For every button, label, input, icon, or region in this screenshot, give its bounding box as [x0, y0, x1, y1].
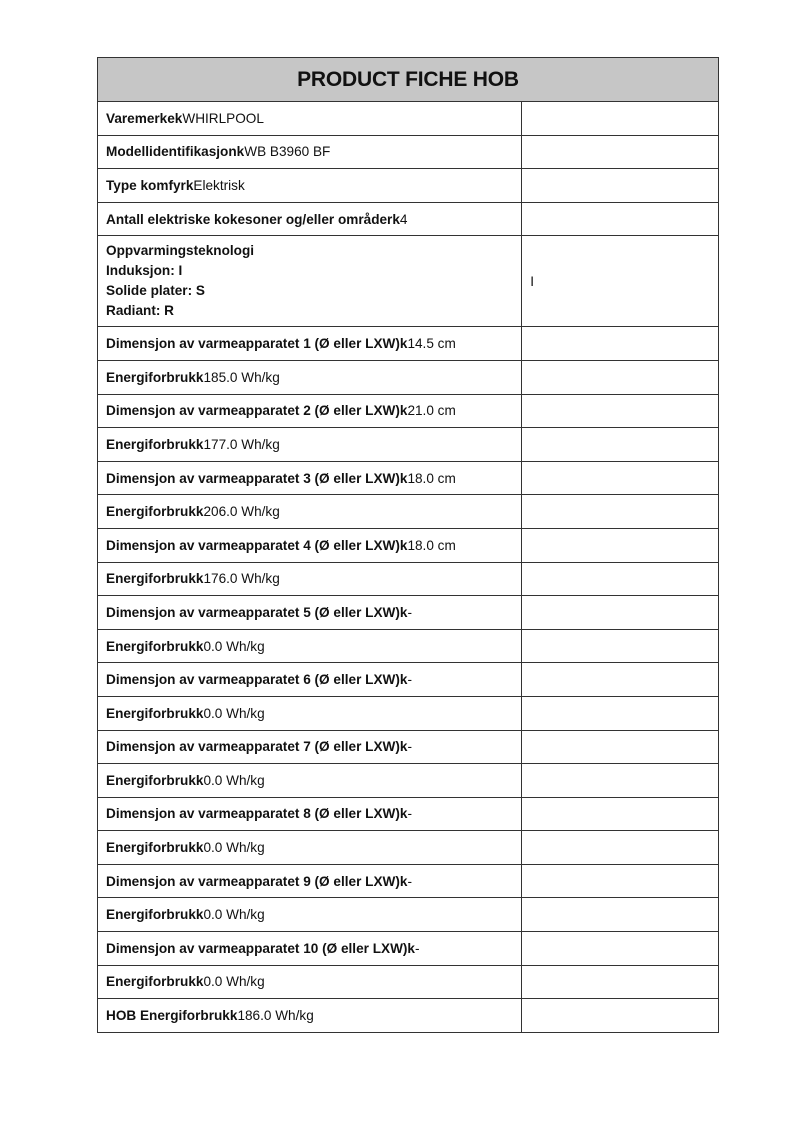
- row-heater-5-dimension: Dimensjon av varmeapparatet 5 (Ø eller L…: [98, 596, 719, 630]
- row-heater-7-energy-right-cell: [522, 764, 719, 798]
- row-heater-1-dimension-right-cell: [522, 327, 719, 361]
- row-heater-9-energy: Energiforbrukk0.0 Wh/kg: [98, 898, 719, 932]
- row-heater-5-dimension-right-cell: [522, 596, 719, 630]
- row-heater-6-energy-label: Energiforbrukk: [106, 706, 203, 721]
- heating-induction: Induksjon: I: [106, 261, 513, 281]
- row-heater-6-energy-cell: Energiforbrukk0.0 Wh/kg: [98, 696, 522, 730]
- row-heater-1-energy-right-cell: [522, 360, 719, 394]
- row-heater-6-dimension-cell: Dimensjon av varmeapparatet 6 (Ø eller L…: [98, 663, 522, 697]
- row-heater-8-dimension: Dimensjon av varmeapparatet 8 (Ø eller L…: [98, 797, 719, 831]
- row-heater-4-dimension: Dimensjon av varmeapparatet 4 (Ø eller L…: [98, 528, 719, 562]
- row-heater-9-dimension-right-cell: [522, 864, 719, 898]
- heating-cell: Oppvarmingsteknologi Induksjon: I Solide…: [98, 236, 522, 327]
- row-zones: Antall elektriske kokesoner og/eller omr…: [98, 202, 719, 236]
- row-heater-7-dimension: Dimensjon av varmeapparatet 7 (Ø eller L…: [98, 730, 719, 764]
- zones-right-cell: [522, 202, 719, 236]
- row-heater-9-energy-cell: Energiforbrukk0.0 Wh/kg: [98, 898, 522, 932]
- row-heater-5-energy: Energiforbrukk0.0 Wh/kg: [98, 629, 719, 663]
- brand-value: WHIRLPOOL: [182, 111, 264, 126]
- row-heater-8-dimension-value: -: [407, 806, 412, 821]
- heating-value-cell: I: [522, 236, 719, 327]
- row-heater-1-dimension-label: Dimensjon av varmeapparatet 1 (Ø eller L…: [106, 336, 407, 351]
- row-heater-4-energy: Energiforbrukk176.0 Wh/kg: [98, 562, 719, 596]
- row-heater-4-dimension-label: Dimensjon av varmeapparatet 4 (Ø eller L…: [106, 538, 407, 553]
- row-heater-3-dimension-value: 18.0 cm: [407, 471, 455, 486]
- heating-title: Oppvarmingsteknologi: [106, 241, 513, 261]
- row-heater-3-energy-label: Energiforbrukk: [106, 504, 203, 519]
- row-heater-9-dimension-label: Dimensjon av varmeapparatet 9 (Ø eller L…: [106, 874, 407, 889]
- product-fiche-table: PRODUCT FICHE HOB VaremerkekWHIRLPOOL Mo…: [97, 57, 719, 1033]
- row-heater-3-dimension: Dimensjon av varmeapparatet 3 (Ø eller L…: [98, 461, 719, 495]
- row-heater-10-dimension-value: -: [415, 941, 420, 956]
- row-heater-2-dimension-label: Dimensjon av varmeapparatet 2 (Ø eller L…: [106, 403, 407, 418]
- model-right-cell: [522, 135, 719, 169]
- row-heater-7-energy-value: 0.0 Wh/kg: [203, 773, 264, 788]
- row-heater-9-energy-value: 0.0 Wh/kg: [203, 907, 264, 922]
- heating-solid-plates: Solide plater: S: [106, 281, 513, 301]
- row-heater-8-energy-value: 0.0 Wh/kg: [203, 840, 264, 855]
- row-heater-10-dimension-right-cell: [522, 932, 719, 966]
- zones-cell: Antall elektriske kokesoner og/eller omr…: [98, 202, 522, 236]
- row-hob-energy-total-right-cell: [522, 999, 719, 1033]
- row-heater-8-dimension-right-cell: [522, 797, 719, 831]
- row-heater-8-dimension-cell: Dimensjon av varmeapparatet 8 (Ø eller L…: [98, 797, 522, 831]
- row-hob-energy-total: HOB Energiforbrukk186.0 Wh/kg: [98, 999, 719, 1033]
- row-heater-9-dimension-value: -: [407, 874, 412, 889]
- row-heater-6-dimension-label: Dimensjon av varmeapparatet 6 (Ø eller L…: [106, 672, 407, 687]
- row-heater-10-dimension: Dimensjon av varmeapparatet 10 (Ø eller …: [98, 932, 719, 966]
- row-hob-energy-total-cell: HOB Energiforbrukk186.0 Wh/kg: [98, 999, 522, 1033]
- row-heater-7-dimension-label: Dimensjon av varmeapparatet 7 (Ø eller L…: [106, 739, 407, 754]
- row-heater-6-dimension-right-cell: [522, 663, 719, 697]
- row-heater-5-energy-right-cell: [522, 629, 719, 663]
- row-heater-4-energy-label: Energiforbrukk: [106, 571, 203, 586]
- row-heater-7-dimension-right-cell: [522, 730, 719, 764]
- row-heater-3-dimension-right-cell: [522, 461, 719, 495]
- row-brand: VaremerkekWHIRLPOOL: [98, 102, 719, 136]
- row-hob-energy-total-label: HOB Energiforbrukk: [106, 1008, 237, 1023]
- row-heater-1-dimension: Dimensjon av varmeapparatet 1 (Ø eller L…: [98, 327, 719, 361]
- row-heater-2-energy-cell: Energiforbrukk177.0 Wh/kg: [98, 428, 522, 462]
- row-heater-10-energy-right-cell: [522, 965, 719, 999]
- row-heater-1-energy: Energiforbrukk185.0 Wh/kg: [98, 360, 719, 394]
- row-heater-7-energy-cell: Energiforbrukk0.0 Wh/kg: [98, 764, 522, 798]
- fiche-title: PRODUCT FICHE HOB: [98, 58, 719, 102]
- row-heater-9-dimension-cell: Dimensjon av varmeapparatet 9 (Ø eller L…: [98, 864, 522, 898]
- row-heater-1-dimension-value: 14.5 cm: [407, 336, 455, 351]
- row-heater-10-energy-cell: Energiforbrukk0.0 Wh/kg: [98, 965, 522, 999]
- row-heater-3-energy-value: 206.0 Wh/kg: [203, 504, 279, 519]
- row-heating-technology: Oppvarmingsteknologi Induksjon: I Solide…: [98, 236, 719, 327]
- row-heater-9-dimension: Dimensjon av varmeapparatet 9 (Ø eller L…: [98, 864, 719, 898]
- row-hob-energy-total-value: 186.0 Wh/kg: [237, 1008, 313, 1023]
- row-heater-4-energy-cell: Energiforbrukk176.0 Wh/kg: [98, 562, 522, 596]
- row-heater-2-dimension-value: 21.0 cm: [407, 403, 455, 418]
- row-heater-2-dimension-cell: Dimensjon av varmeapparatet 2 (Ø eller L…: [98, 394, 522, 428]
- row-heater-10-energy-label: Energiforbrukk: [106, 974, 203, 989]
- row-heater-2-energy-right-cell: [522, 428, 719, 462]
- type-right-cell: [522, 169, 719, 203]
- type-label: Type komfyrk: [106, 178, 193, 193]
- brand-right-cell: [522, 102, 719, 136]
- model-cell: ModellidentifikasjonkWB B3960 BF: [98, 135, 522, 169]
- row-heater-6-energy-value: 0.0 Wh/kg: [203, 706, 264, 721]
- row-heater-10-dimension-label: Dimensjon av varmeapparatet 10 (Ø eller …: [106, 941, 415, 956]
- row-heater-2-dimension: Dimensjon av varmeapparatet 2 (Ø eller L…: [98, 394, 719, 428]
- row-heater-8-dimension-label: Dimensjon av varmeapparatet 8 (Ø eller L…: [106, 806, 407, 821]
- row-heater-2-energy-value: 177.0 Wh/kg: [203, 437, 279, 452]
- row-heater-5-energy-cell: Energiforbrukk0.0 Wh/kg: [98, 629, 522, 663]
- row-heater-1-energy-cell: Energiforbrukk185.0 Wh/kg: [98, 360, 522, 394]
- type-cell: Type komfyrkElektrisk: [98, 169, 522, 203]
- row-heater-4-dimension-cell: Dimensjon av varmeapparatet 4 (Ø eller L…: [98, 528, 522, 562]
- row-heater-7-energy: Energiforbrukk0.0 Wh/kg: [98, 764, 719, 798]
- row-heater-10-energy: Energiforbrukk0.0 Wh/kg: [98, 965, 719, 999]
- row-heater-4-energy-right-cell: [522, 562, 719, 596]
- row-heater-8-energy-label: Energiforbrukk: [106, 840, 203, 855]
- row-heater-7-dimension-cell: Dimensjon av varmeapparatet 7 (Ø eller L…: [98, 730, 522, 764]
- row-heater-10-energy-value: 0.0 Wh/kg: [203, 974, 264, 989]
- row-heater-1-energy-label: Energiforbrukk: [106, 370, 203, 385]
- heating-radiant: Radiant: R: [106, 301, 513, 321]
- row-heater-8-energy-cell: Energiforbrukk0.0 Wh/kg: [98, 831, 522, 865]
- row-heater-2-energy-label: Energiforbrukk: [106, 437, 203, 452]
- brand-cell: VaremerkekWHIRLPOOL: [98, 102, 522, 136]
- row-heater-8-energy: Energiforbrukk0.0 Wh/kg: [98, 831, 719, 865]
- brand-label: Varemerkek: [106, 111, 182, 126]
- zones-value: 4: [400, 212, 408, 227]
- row-heater-9-energy-right-cell: [522, 898, 719, 932]
- row-heater-6-energy-right-cell: [522, 696, 719, 730]
- row-heater-9-energy-label: Energiforbrukk: [106, 907, 203, 922]
- row-heater-4-dimension-value: 18.0 cm: [407, 538, 455, 553]
- row-heater-2-dimension-right-cell: [522, 394, 719, 428]
- row-heater-3-energy-right-cell: [522, 495, 719, 529]
- row-heater-5-dimension-cell: Dimensjon av varmeapparatet 5 (Ø eller L…: [98, 596, 522, 630]
- row-heater-1-dimension-cell: Dimensjon av varmeapparatet 1 (Ø eller L…: [98, 327, 522, 361]
- row-heater-5-energy-label: Energiforbrukk: [106, 639, 203, 654]
- type-value: Elektrisk: [193, 178, 244, 193]
- row-heater-5-dimension-label: Dimensjon av varmeapparatet 5 (Ø eller L…: [106, 605, 407, 620]
- row-heater-7-dimension-value: -: [407, 739, 412, 754]
- model-label: Modellidentifikasjonk: [106, 144, 244, 159]
- row-heater-6-dimension: Dimensjon av varmeapparatet 6 (Ø eller L…: [98, 663, 719, 697]
- zones-label: Antall elektriske kokesoner og/eller omr…: [106, 212, 400, 227]
- row-heater-3-dimension-label: Dimensjon av varmeapparatet 3 (Ø eller L…: [106, 471, 407, 486]
- row-heater-10-dimension-cell: Dimensjon av varmeapparatet 10 (Ø eller …: [98, 932, 522, 966]
- row-model: ModellidentifikasjonkWB B3960 BF: [98, 135, 719, 169]
- row-heater-1-energy-value: 185.0 Wh/kg: [203, 370, 279, 385]
- row-heater-4-dimension-right-cell: [522, 528, 719, 562]
- row-type: Type komfyrkElektrisk: [98, 169, 719, 203]
- row-heater-5-energy-value: 0.0 Wh/kg: [203, 639, 264, 654]
- row-heater-2-energy: Energiforbrukk177.0 Wh/kg: [98, 428, 719, 462]
- row-heater-8-energy-right-cell: [522, 831, 719, 865]
- model-value: WB B3960 BF: [244, 144, 330, 159]
- row-heater-6-dimension-value: -: [407, 672, 412, 687]
- row-heater-7-energy-label: Energiforbrukk: [106, 773, 203, 788]
- row-heater-3-dimension-cell: Dimensjon av varmeapparatet 3 (Ø eller L…: [98, 461, 522, 495]
- row-heater-3-energy: Energiforbrukk206.0 Wh/kg: [98, 495, 719, 529]
- row-heater-4-energy-value: 176.0 Wh/kg: [203, 571, 279, 586]
- row-heater-3-energy-cell: Energiforbrukk206.0 Wh/kg: [98, 495, 522, 529]
- row-heater-6-energy: Energiforbrukk0.0 Wh/kg: [98, 696, 719, 730]
- row-heater-5-dimension-value: -: [407, 605, 412, 620]
